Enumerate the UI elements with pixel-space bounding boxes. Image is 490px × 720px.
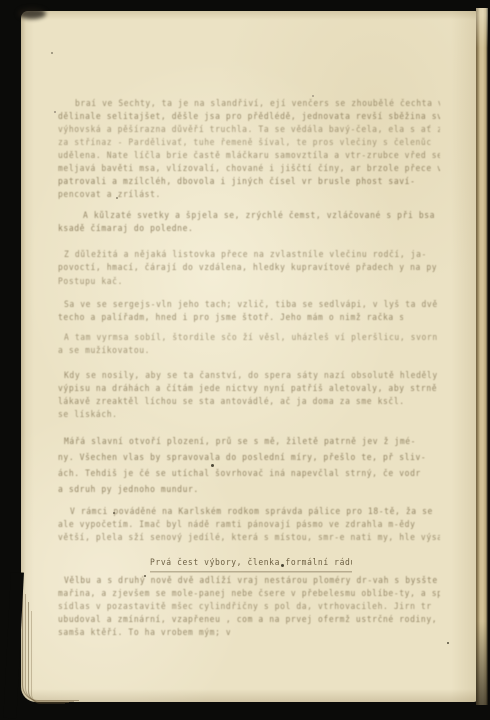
paper-speck [116,197,118,199]
photo-backdrop: braí ve Šechty, ta je na slandřiví, ejí … [0,0,490,720]
paper-speck [312,95,314,97]
paper-speck [113,512,115,514]
speck-layer [0,0,490,720]
paper-speck [51,52,53,54]
paper-speck [54,111,56,113]
paper-speck [144,575,146,577]
paper-speck [281,564,284,567]
paper-speck [211,464,214,467]
paper-speck [447,642,449,644]
